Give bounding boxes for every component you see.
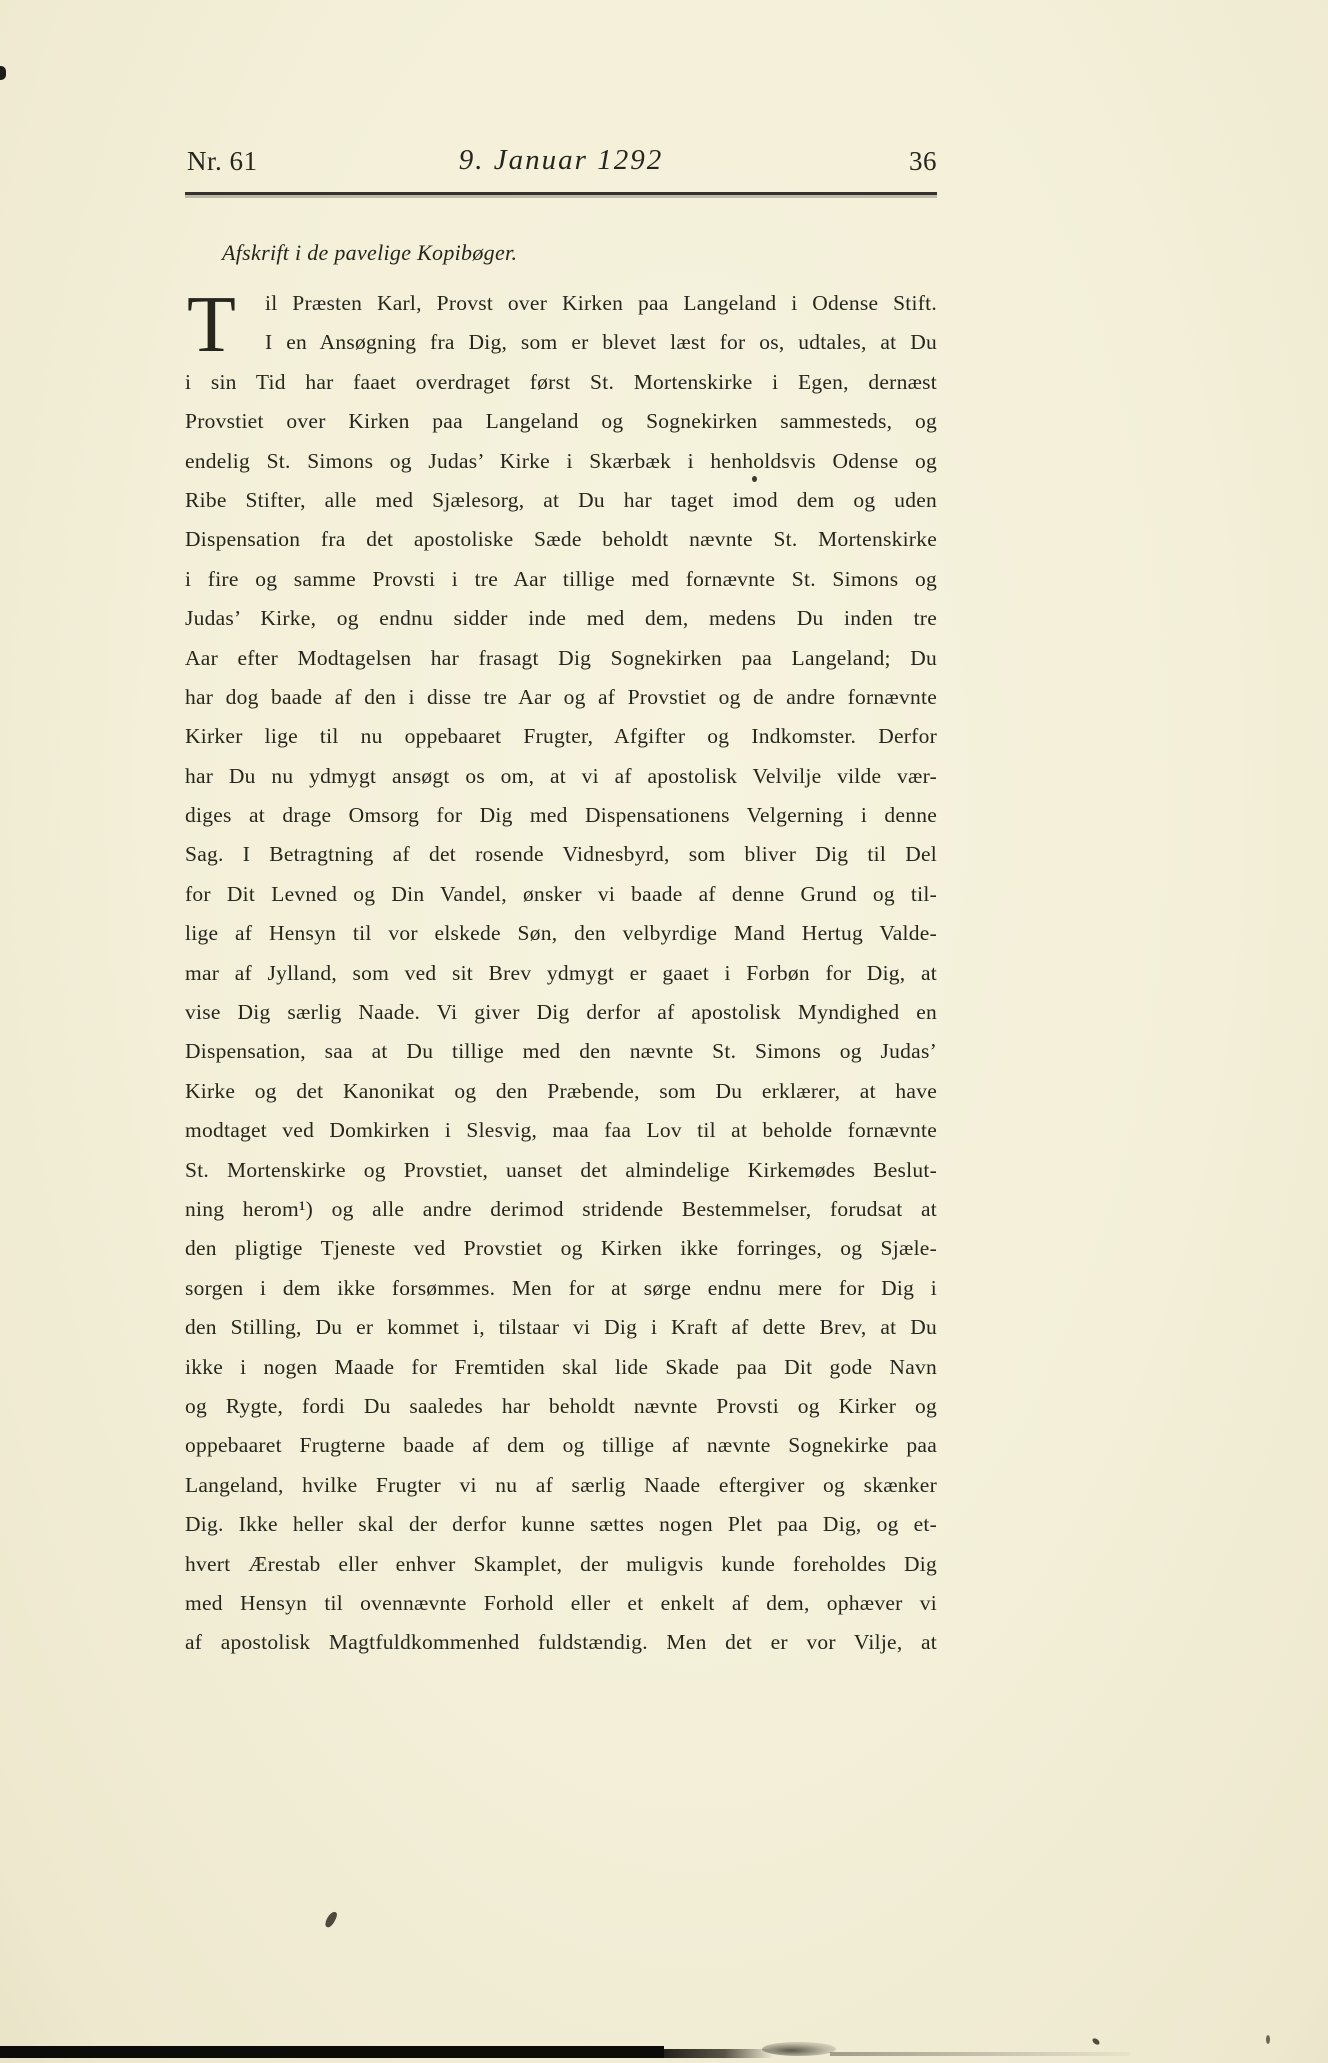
dropcap-letter: T	[187, 292, 236, 358]
text-line: Dig. Ikke heller skal der derfor kunne s…	[185, 1505, 937, 1544]
text-line: den pligtige Tjeneste ved Provstiet og K…	[185, 1229, 937, 1268]
text-line: lige af Hensyn til vor elskede Søn, den …	[185, 914, 937, 953]
text-line: ning herom¹) og alle andre derimod strid…	[185, 1190, 937, 1229]
scan-edge-mark	[0, 66, 6, 80]
ink-speck	[1091, 2037, 1100, 2046]
page-header: Nr. 61 9. Januar 1292 36	[185, 146, 937, 180]
text-line: endelig St. Simons og Judas’ Kirke i Skæ…	[185, 442, 937, 481]
text-line: ikke i nogen Maade for Fremtiden skal li…	[185, 1348, 937, 1387]
text-line: Judas’ Kirke, og endnu sidder inde med d…	[185, 599, 937, 638]
text-line: Kirker lige til nu oppebaaret Frugter, A…	[185, 717, 937, 756]
scanned-book-page: Nr. 61 9. Januar 1292 36 Afskrift i de p…	[0, 0, 1328, 2063]
text-line: Dispensation, saa at Du tillige med den …	[185, 1032, 937, 1071]
source-note: Afskrift i de pavelige Kopibøger.	[222, 240, 517, 266]
ink-speck	[1266, 2035, 1270, 2044]
text-line: St. Mortenskirke og Provstiet, uanset de…	[185, 1151, 937, 1190]
text-line: med Hensyn til ovennævnte Forhold eller …	[185, 1584, 937, 1623]
text-line: hvert Ærestab eller enhver Skamplet, der…	[185, 1545, 937, 1584]
text-line: af apostolisk Magtfuldkommenhed fuldstæn…	[185, 1623, 937, 1662]
text-line: I en Ansøgning fra Dig, som er blevet læ…	[185, 323, 937, 362]
text-line: oppebaaret Frugterne baade af dem og til…	[185, 1426, 937, 1465]
ink-speck	[752, 476, 757, 482]
text-line: Langeland, hvilke Frugter vi nu af særli…	[185, 1466, 937, 1505]
text-line: i fire og samme Provsti i tre Aar tillig…	[185, 560, 937, 599]
text-line: og Rygte, fordi Du saaledes har beholdt …	[185, 1387, 937, 1426]
text-line: har Du nu ydmygt ansøgt os om, at vi af …	[185, 757, 937, 796]
text-line: mar af Jylland, som ved sit Brev ydmygt …	[185, 954, 937, 993]
text-line: den Stilling, Du er kommet i, tilstaar v…	[185, 1308, 937, 1347]
scan-bottom-band	[664, 2049, 774, 2058]
text-line: Provstiet over Kirken paa Langeland og S…	[185, 402, 937, 441]
page-number: 36	[909, 146, 937, 177]
text-line: il Præsten Karl, Provst over Kirken paa …	[185, 284, 937, 323]
text-line: diges at drage Omsorg for Dig med Dispen…	[185, 796, 937, 835]
scan-bottom-smudge	[830, 2052, 1130, 2056]
text-line: for Dit Levned og Din Vandel, ønsker vi …	[185, 875, 937, 914]
text-line: har dog baade af den i disse tre Aar og …	[185, 678, 937, 717]
text-line: Dispensation fra det apostoliske Sæde be…	[185, 520, 937, 559]
ink-speck	[324, 1910, 339, 1929]
header-rule	[185, 192, 937, 195]
text-line: vise Dig særlig Naade. Vi giver Dig derf…	[185, 993, 937, 1032]
text-line: modtaget ved Domkirken i Slesvig, maa fa…	[185, 1111, 937, 1150]
text-line: sorgen i dem ikke forsømmes. Men for at …	[185, 1269, 937, 1308]
document-date: 9. Januar 1292	[185, 144, 937, 177]
text-line: i sin Tid har faaet overdraget først St.…	[185, 363, 937, 402]
scan-bottom-band	[0, 2046, 664, 2058]
text-line: Kirke og det Kanonikat og den Præbende, …	[185, 1072, 937, 1111]
text-line: Sag. I Betragtning af det rosende Vidnes…	[185, 835, 937, 874]
text-line: Ribe Stifter, alle med Sjælesorg, at Du …	[185, 481, 937, 520]
body-text: T il Præsten Karl, Provst over Kirken pa…	[185, 284, 937, 1663]
scan-bottom-smudge	[762, 2042, 836, 2056]
text-line: Aar efter Modtagelsen har frasagt Dig So…	[185, 639, 937, 678]
